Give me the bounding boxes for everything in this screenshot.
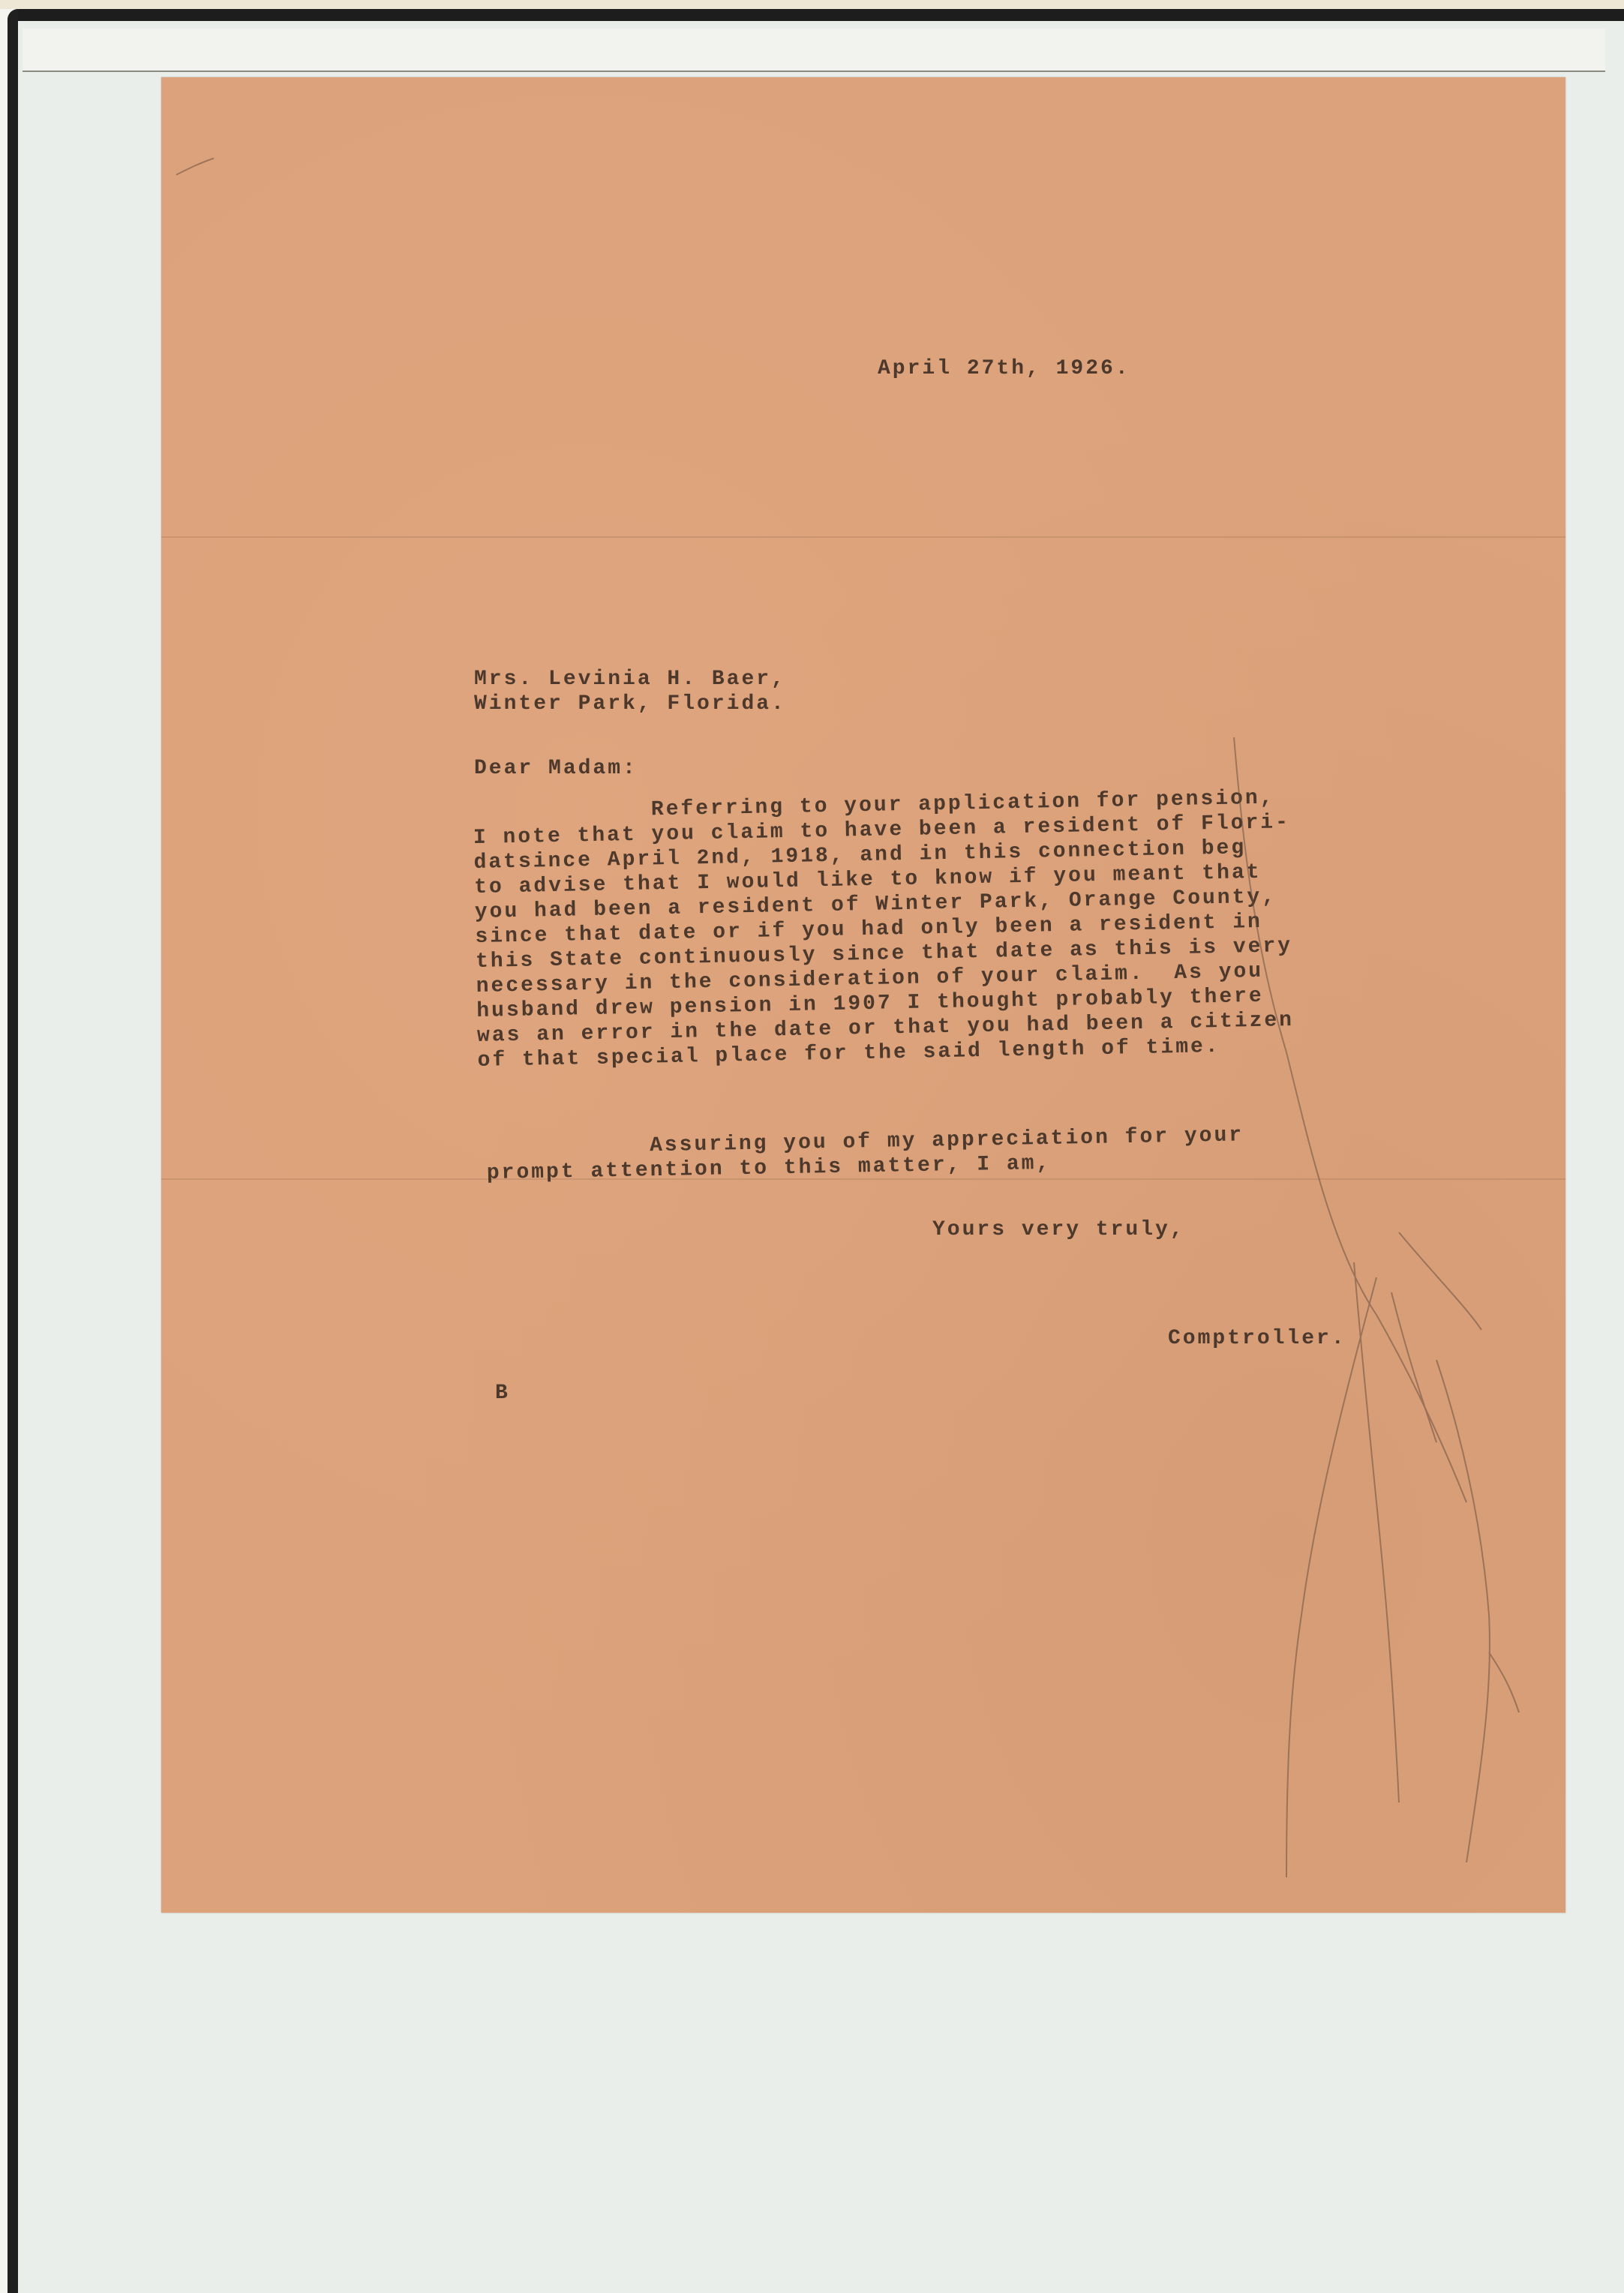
mount-frame-top-edge <box>8 9 1624 21</box>
salutation: Dear Madam: <box>474 756 638 781</box>
recipient-location: Winter Park, Florida. <box>474 692 786 716</box>
recipient-address: Mrs. Levinia H. Baer,Winter Park, Florid… <box>474 667 786 716</box>
fold-crease-upper <box>161 536 1565 538</box>
signature-title: Comptroller. <box>1168 1326 1346 1351</box>
letter-sheet: April 27th, 1926. Mrs. Levinia H. Baer,W… <box>161 77 1565 1913</box>
mount-frame-left-edge <box>8 9 18 2293</box>
complimentary-close: Yours very truly, <box>932 1217 1185 1242</box>
body-paragraph: Referring to your application for pensio… <box>473 785 1295 1073</box>
scanner-top-strip <box>0 0 1624 9</box>
hinge-tape-strip <box>23 29 1605 72</box>
recipient-name: Mrs. Levinia H. Baer, <box>474 667 786 692</box>
closing-paragraph: Assuring you of my appreciation for your… <box>486 1123 1244 1186</box>
typist-initial: B <box>495 1381 510 1406</box>
letter-date: April 27th, 1926. <box>878 356 1130 381</box>
